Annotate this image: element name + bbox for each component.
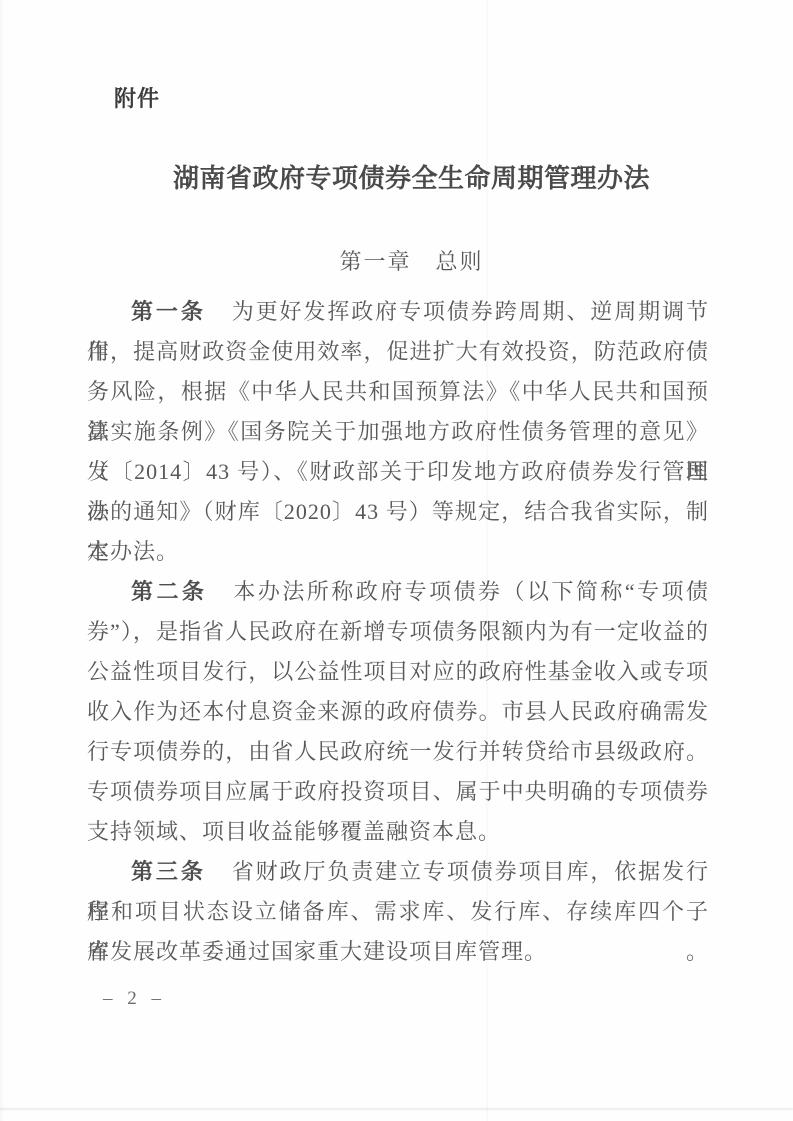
article-3-number: 第三条	[131, 859, 206, 884]
page-number: – 2 –	[103, 988, 166, 1010]
scanned-document-page: 附件 湖南省政府专项债券全生命周期管理办法 第一章 总则 第一条为更好发挥政府专…	[0, 0, 793, 1121]
article-1-line-6: 法的通知》（财库〔2020〕43 号）等规定，结合我省实际，制定	[87, 492, 709, 532]
document-body: 第一条为更好发挥政府专项债券跨周期、逆周期调节作 用，提高财政资金使用效率，促进…	[87, 292, 709, 972]
attachment-label: 附件	[114, 82, 160, 113]
article-3-line-1: 第三条省财政厅负责建立专项债券项目库，依据发行程	[87, 852, 709, 892]
article-1-line-4: 法实施条例》《国务院关于加强地方政府性债务管理的意见》（国	[87, 412, 709, 452]
scan-edge-artifact	[0, 0, 5, 1121]
article-2-line-3: 公益性项目发行，以公益性项目对应的政府性基金收入或专项	[87, 652, 709, 692]
article-1-line-3: 务风险，根据《中华人民共和国预算法》《中华人民共和国预算	[87, 372, 709, 412]
article-1-line-2: 用，提高财政资金使用效率，促进扩大有效投资，防范政府债	[87, 332, 709, 372]
scan-bottom-line-artifact	[0, 1108, 793, 1110]
article-1-line-1: 第一条为更好发挥政府专项债券跨周期、逆周期调节作	[87, 292, 709, 332]
article-2-line-5: 行专项债券的，由省人民政府统一发行并转贷给市县级政府。	[87, 732, 709, 772]
article-1-number: 第一条	[131, 299, 206, 324]
article-2-line-7: 支持领域、项目收益能够覆盖融资本息。	[87, 812, 709, 852]
article-2-number: 第二条	[131, 579, 207, 604]
chapter-heading: 第一章 总则	[100, 245, 723, 276]
article-3-line-2: 序和项目状态设立储备库、需求库、发行库、存续库四个子库。	[87, 892, 709, 932]
article-2-line-2: 券”），是指省人民政府在新增专项债务限额内为有一定收益的	[87, 612, 709, 652]
article-2-line-6: 专项债券项目应属于政府投资项目、属于中央明确的专项债券	[87, 772, 709, 812]
article-2-text: 本办法所称政府专项债券（以下简称“专项债	[233, 579, 709, 604]
document-title: 湖南省政府专项债券全生命周期管理办法	[100, 158, 723, 195]
article-2-line-1: 第二条本办法所称政府专项债券（以下简称“专项债	[87, 572, 709, 612]
article-1-line-7: 本办法。	[87, 532, 709, 572]
article-1-line-5: 发〔2014〕43 号）、《财政部关于印发地方政府债券发行管理办	[87, 452, 709, 492]
article-2-line-4: 收入作为还本付息资金来源的政府债券。市县人民政府确需发	[87, 692, 709, 732]
